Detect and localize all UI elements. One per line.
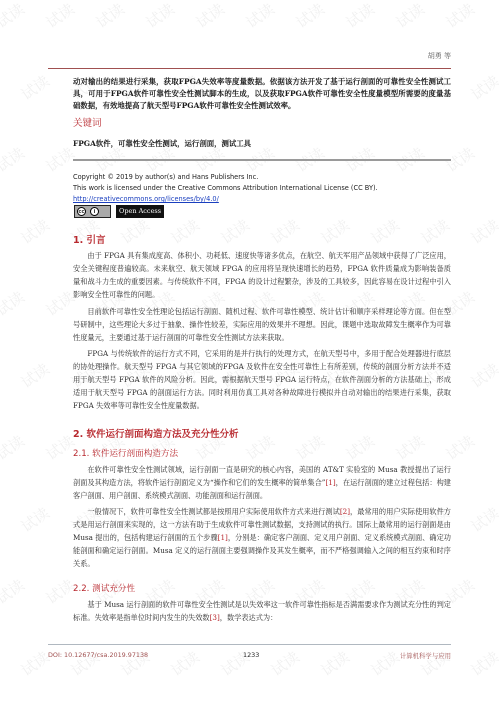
- section-1-paragraph-3: FPGA 与传统软件的运行方式不同，它采用的是并行执行的处理方式，在航天型号中，…: [73, 347, 451, 412]
- footer-doi: DOI: 10.12677/csa.2019.97138: [48, 651, 148, 659]
- footer-rule: [48, 644, 451, 645]
- keywords-text: FPGA软件，可靠性安全性测试，运行剖面，测试工具: [73, 138, 251, 149]
- watermark-text: 试读: [392, 430, 429, 464]
- header-rule: [48, 68, 451, 69]
- text-run: 一般情况下，软件可靠性安全性测试都是按照用户实际使用软件方式来进行测试: [87, 507, 339, 516]
- watermark-text: 试读: [392, 0, 429, 33]
- watermark-text: 试读: [317, 646, 354, 680]
- license-line: This work is licensed under the Creative…: [73, 183, 378, 194]
- watermark-text: 试读: [367, 214, 404, 248]
- watermark-text: 试读: [0, 286, 28, 320]
- watermark-text: 试读: [267, 214, 304, 248]
- watermark-text: 试读: [0, 430, 28, 464]
- watermark-text: 试读: [117, 214, 154, 248]
- section-1-paragraph-1: 由于 FPGA 具有集成度高、体积小、功耗低、速度快等诸多优点，在航空、航天军用…: [73, 249, 451, 301]
- watermark-text: 试读: [292, 430, 329, 464]
- watermark-text: 试读: [0, 574, 28, 608]
- watermark-text: 试读: [92, 0, 129, 33]
- watermark-text: 试读: [192, 0, 229, 33]
- watermark-text: 试读: [0, 142, 28, 176]
- license-badges: cc i Open Access: [74, 205, 164, 218]
- watermark-text: 试读: [317, 214, 354, 248]
- watermark-text: 试读: [467, 646, 499, 680]
- watermark-text: 试读: [0, 0, 28, 33]
- text-run: ，数学表达式为：: [220, 613, 278, 622]
- watermark-text: 试读: [367, 646, 404, 680]
- watermark-text: 试读: [142, 0, 179, 33]
- watermark-text: 试读: [342, 430, 379, 464]
- footer-page-number: 1233: [243, 651, 259, 659]
- copyright-block: Copyright © 2019 by author(s) and Hans P…: [73, 172, 378, 205]
- watermark-text: 试读: [242, 430, 279, 464]
- license-link[interactable]: http://creativecommons.org/licenses/by/4…: [73, 194, 378, 205]
- watermark-text: 试读: [292, 0, 329, 33]
- section-2-2-heading: 2.2. 测试充分性: [73, 582, 135, 594]
- section-2-heading: 2. 软件运行剖面构造方法及充分性分析: [73, 426, 239, 440]
- section-divider: [73, 159, 451, 161]
- cc-by-badge[interactable]: cc i: [74, 205, 111, 218]
- watermark-text: 试读: [17, 214, 54, 248]
- keywords-title: 关键词: [73, 115, 102, 129]
- watermark-text: 试读: [342, 0, 379, 33]
- section-2-1-heading: 2.1. 软件运行剖面构造方法: [73, 447, 178, 459]
- section-2-2-paragraph-1: 基于 Musa 运行剖面的软件可靠性安全性测试是以失效率这一软件可靠性指标是否满…: [73, 598, 451, 624]
- watermark-text: 试读: [267, 646, 304, 680]
- running-head-authors: 胡勇 等: [428, 51, 451, 61]
- watermark-text: 试读: [17, 502, 54, 536]
- watermark-text: 试读: [417, 214, 454, 248]
- watermark-text: 试读: [242, 0, 279, 33]
- citation-link[interactable]: [2]: [340, 507, 350, 516]
- watermark-text: 试读: [167, 646, 204, 680]
- open-access-badge: Open Access: [116, 205, 164, 218]
- watermark-text: 试读: [217, 214, 254, 248]
- watermark-text: 试读: [42, 0, 79, 33]
- copyright-line: Copyright © 2019 by author(s) and Hans P…: [73, 172, 378, 183]
- watermark-text: 试读: [442, 0, 479, 33]
- abstract-tail: 动对输出的结果进行采集，获取FPGA失效率等度量数据。依据该方法开发了基于运行剖…: [73, 76, 451, 112]
- footer-journal-name: 计算机科学与应用: [400, 651, 451, 660]
- watermark-text: 试读: [17, 358, 54, 392]
- section-1-paragraph-2: 目前软件可靠性安全性理论包括运行剖面、随机过程、软件可靠性模型、统计估计和顺序采…: [73, 305, 451, 344]
- section-1-heading: 1. 引言: [73, 232, 106, 246]
- section-2-1-paragraph-2: 一般情况下，软件可靠性安全性测试都是按照用户实际使用软件方式来进行测试[2]，最…: [73, 505, 451, 570]
- cc-icon: cc: [77, 207, 86, 216]
- citation-link[interactable]: [1]: [325, 478, 335, 487]
- watermark-text: 试读: [467, 502, 499, 536]
- section-2-1-paragraph-1: 在软件可靠性安全性测试领域，运行剖面一直是研究的核心内容，美国的 AT&T 实验…: [73, 463, 451, 502]
- watermark-text: 试读: [467, 214, 499, 248]
- watermark-text: 试读: [467, 358, 499, 392]
- watermark-text: 试读: [167, 214, 204, 248]
- watermark-text: 试读: [467, 70, 499, 104]
- watermark-text: 试读: [17, 70, 54, 104]
- by-person-icon: i: [90, 207, 99, 216]
- citation-link[interactable]: [1]: [218, 533, 228, 542]
- citation-link[interactable]: [3]: [210, 613, 220, 622]
- watermark-text: 试读: [442, 430, 479, 464]
